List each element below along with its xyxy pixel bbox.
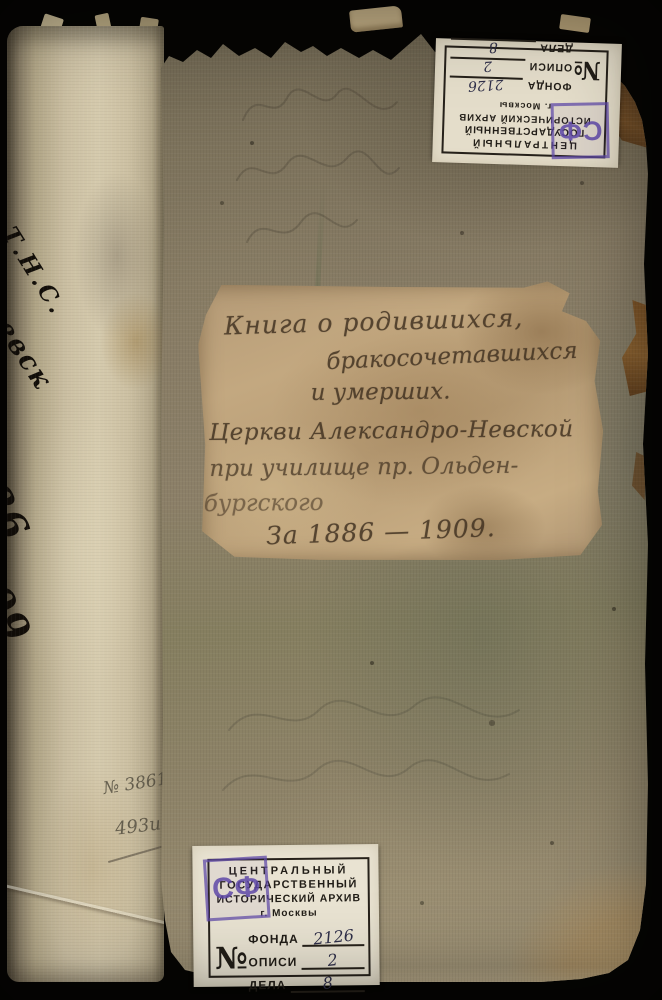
fond-value: 2126 [468, 76, 504, 94]
archive-label-top: ЦЕНТРАЛЬНЫЙ ГОСУДАРСТВЕННЫЙ ИСТОРИЧЕСКИЙ… [432, 38, 622, 168]
fond-label: ФОНДА [527, 78, 572, 92]
spine-crease [7, 882, 164, 937]
fond-value: 2126 [312, 926, 354, 949]
sf-stamp: СФ [551, 102, 610, 159]
title-line: при училище пр. Ольден- [209, 453, 518, 482]
number-sign: № [571, 41, 603, 99]
delo-value: 8 [322, 973, 334, 993]
handwritten-title-label: Книга о родившихся, бракосочетавшихся и … [198, 281, 605, 563]
title-line: и умерших. [311, 378, 451, 405]
opis-label: ОПИСИ [248, 955, 297, 971]
fond-row: ФОНДА 2126 [248, 923, 364, 947]
book-spine: Т.Н.С. евск 1886 1909 № 3861 493и [7, 26, 164, 982]
opis-row: ОПИСИ 2 [248, 946, 364, 970]
label-rows: № ФОНДА 2126 ОПИСИ 2 ДЕЛА 8 [214, 923, 365, 994]
title-line: Книга о родившихся, [224, 303, 524, 340]
delo-label: ДЕЛА [539, 40, 573, 54]
opis-row: ОПИСИ 2 [450, 57, 573, 80]
sf-stamp: СФ [203, 856, 271, 922]
delo-row: ДЕЛА 8 [249, 969, 365, 993]
fond-label: ФОНДА [248, 932, 299, 948]
delo-label: ДЕЛА [249, 978, 287, 993]
opis-value: 2 [327, 950, 339, 970]
label-rows: № ФОНДА 2126 ОПИСИ 2 ДЕЛА 8 [449, 38, 603, 100]
faint-pencil-scribbles [219, 670, 559, 840]
delo-value: 8 [488, 39, 498, 55]
faint-pencil-scribbles [229, 72, 459, 292]
spine-inscription: Т.Н.С. [7, 222, 72, 320]
spine-inscription: евск [7, 314, 58, 396]
spine-year-1909: 1909 [7, 524, 41, 651]
title-line: бургского [204, 490, 324, 517]
dust-specks [161, 22, 163, 24]
edge-wear [632, 452, 646, 500]
spine-year-1886: 1886 [7, 422, 39, 549]
torn-paper-flap [349, 5, 403, 32]
number-sign: № [214, 925, 249, 994]
pencil-underline [108, 843, 164, 863]
title-line: Церкви Александро-Невской [209, 416, 574, 446]
opis-label: ОПИСИ [529, 59, 573, 73]
delo-row: ДЕЛА 8 [450, 38, 573, 61]
spine-pencil-code: 493и [114, 813, 162, 839]
frayed-cloth-bit [559, 14, 591, 33]
fond-row: ФОНДА 2126 [449, 76, 572, 99]
book-cover-photo: Т.Н.С. евск 1886 1909 № 3861 493и [0, 0, 662, 1000]
archive-label-bottom: ЦЕНТРАЛЬНЫЙ ГОСУДАРСТВЕННЫЙ ИСТОРИЧЕСКИЙ… [192, 844, 379, 987]
cloth-texture [7, 26, 164, 982]
title-line: бракосочетавшихся [326, 338, 578, 375]
title-date-line: За 1886 — 1909. [266, 513, 496, 550]
opis-value: 2 [483, 57, 493, 73]
worn-corner [508, 862, 648, 982]
edge-wear [622, 300, 648, 396]
spine-pencil-number: № 3861 [102, 769, 164, 799]
